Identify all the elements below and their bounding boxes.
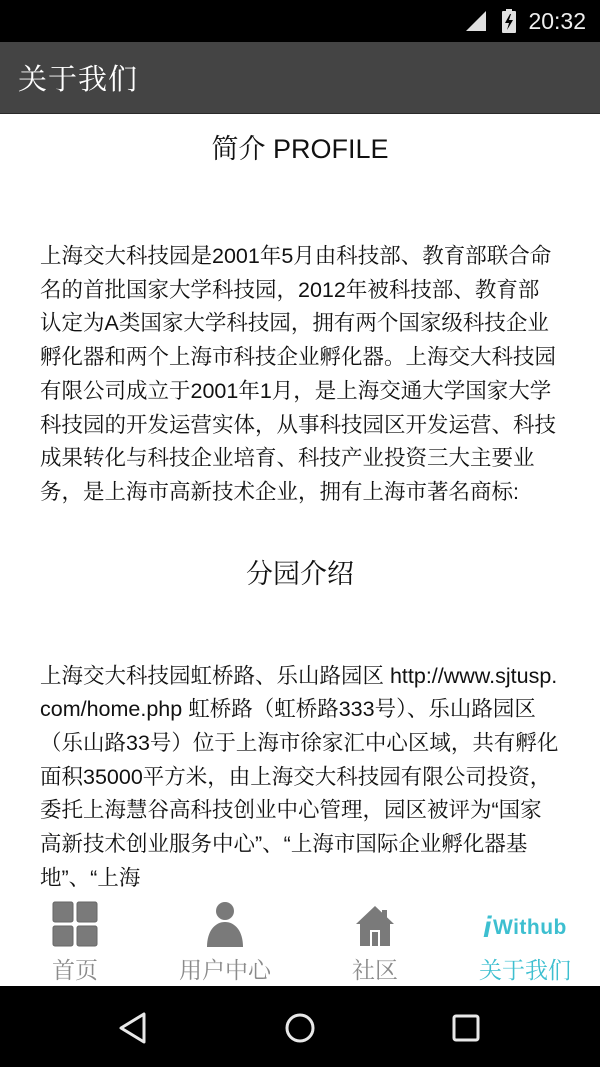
signal-icon <box>464 9 488 33</box>
system-nav-bar <box>0 986 600 1067</box>
profile-text: 上海交大科技园是2001年5月由科技部、教育部联合命名的首批国家大学科技园，20… <box>40 240 560 510</box>
branch-heading: 分园介绍 <box>0 556 600 592</box>
user-icon <box>205 900 245 948</box>
battery-charging-icon <box>502 9 516 33</box>
nav-item-community[interactable]: 社区 <box>300 890 450 986</box>
profile-heading: 简介 PROFILE <box>0 131 600 167</box>
back-button[interactable] <box>115 1010 151 1046</box>
house-icon <box>354 902 396 950</box>
nav-label-user-center: 用户中心 <box>179 952 271 985</box>
nav-item-about-us[interactable]: i Withub 关于我们 <box>450 890 600 986</box>
nav-item-home[interactable]: 首页 <box>0 890 150 986</box>
page-title: 关于我们 <box>18 57 138 98</box>
status-bar: 20:32 <box>0 0 600 42</box>
iwithub-logo-icon: i Withub <box>483 904 567 952</box>
content-scroll-area[interactable]: 简介 PROFILE 上海交大科技园是2001年5月由科技部、教育部联合命名的首… <box>0 115 600 890</box>
branch-text: 上海交大科技园虹桥路、乐山路园区 http://www.sjtusp.com/h… <box>40 660 560 890</box>
clock: 20:32 <box>528 8 586 35</box>
home-icon <box>283 1011 317 1045</box>
nav-label-about-us: 关于我们 <box>479 952 571 985</box>
nav-label-home: 首页 <box>52 952 98 985</box>
home-button[interactable] <box>282 1010 318 1046</box>
grid-icon <box>52 900 98 948</box>
app-bar: 关于我们 <box>0 42 600 114</box>
nav-item-user-center[interactable]: 用户中心 <box>150 890 300 986</box>
bottom-nav: 首页 用户中心 社区 i Withub 关于我们 <box>0 890 600 986</box>
back-icon <box>118 1011 148 1045</box>
recents-icon <box>450 1012 482 1044</box>
recents-button[interactable] <box>448 1010 484 1046</box>
nav-label-community: 社区 <box>352 952 398 985</box>
